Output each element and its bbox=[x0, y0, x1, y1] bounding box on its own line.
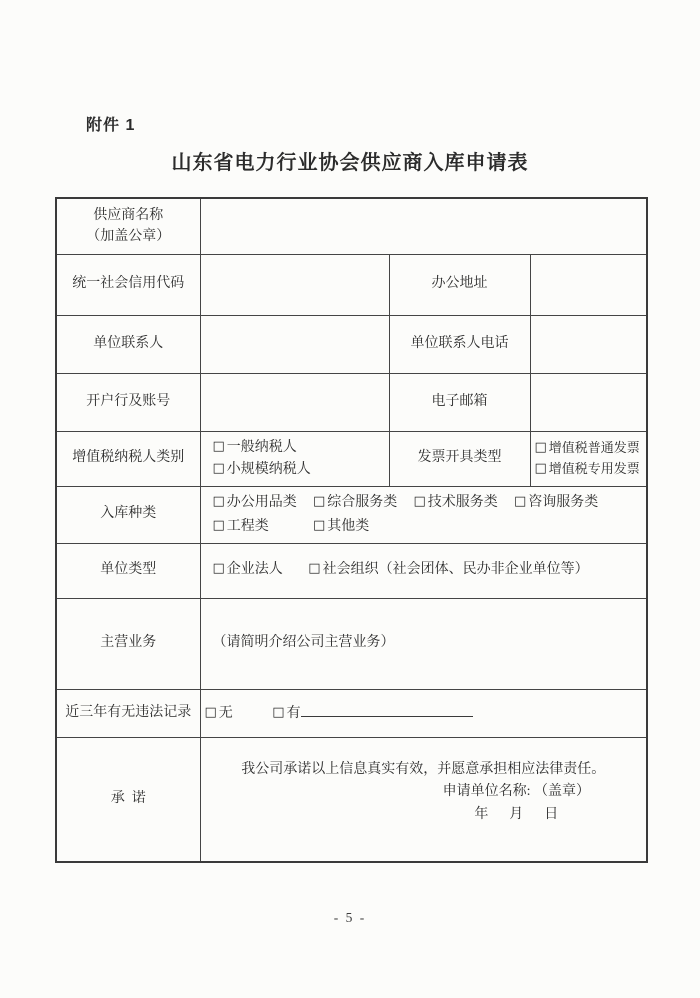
credit-code-input[interactable] bbox=[200, 254, 389, 315]
checkbox-option-vat-ordinary-invoice[interactable]: □增值税普通发票 bbox=[535, 438, 640, 459]
checkbox-option-violation-yes[interactable]: □有 bbox=[272, 702, 472, 724]
email-input[interactable] bbox=[530, 373, 647, 431]
supplier-name-label-line1: 供应商名称 bbox=[61, 205, 196, 226]
violation-record-options: □无 □有 bbox=[200, 689, 647, 737]
unit-type-label: 单位类型 bbox=[56, 543, 200, 598]
row-warehouse-category: 入库种类 □办公用品类 □综合服务类 □技术服务类 □咨询服务类 bbox=[56, 486, 647, 543]
row-credit-code: 统一社会信用代码 办公地址 bbox=[56, 254, 647, 315]
commitment-signer-label: 申请单位名称: （盖章） bbox=[443, 780, 590, 803]
supplier-name-label: 供应商名称 （加盖公章） bbox=[56, 198, 200, 254]
option-label: 一般纳税人 bbox=[227, 440, 297, 455]
supplier-application-form-table: 供应商名称 （加盖公章） 统一社会信用代码 办公地址 单位联系人 单位联系人电话… bbox=[55, 197, 648, 863]
checkbox-option-engineering[interactable]: □工程类 bbox=[213, 515, 310, 539]
checkbox-icon: □ bbox=[535, 438, 547, 458]
page-number: - 5 - bbox=[0, 910, 700, 926]
attachment-label: 附件 1 bbox=[86, 112, 135, 135]
checkbox-option-comprehensive-services[interactable]: □综合服务类 bbox=[313, 491, 410, 515]
checkbox-option-small-scale-taxpayer[interactable]: □小规模纳税人 bbox=[213, 459, 311, 480]
row-violation-record: 近三年有无违法记录 □无 □有 bbox=[56, 689, 647, 737]
option-label: 综合服务类 bbox=[327, 495, 397, 510]
warehouse-category-label: 入库种类 bbox=[56, 486, 200, 543]
checkbox-option-technical-services[interactable]: □技术服务类 bbox=[414, 491, 511, 515]
row-bank-account: 开户行及账号 电子邮箱 bbox=[56, 373, 647, 431]
option-label: 工程类 bbox=[227, 519, 269, 534]
violation-record-label: 近三年有无违法记录 bbox=[56, 689, 200, 737]
bank-account-label: 开户行及账号 bbox=[56, 373, 200, 431]
checkbox-icon: □ bbox=[213, 458, 225, 479]
checkbox-icon: □ bbox=[213, 560, 225, 579]
contact-phone-label: 单位联系人电话 bbox=[389, 315, 530, 373]
option-label: 技术服务类 bbox=[428, 495, 498, 510]
checkbox-option-consulting-services[interactable]: □咨询服务类 bbox=[514, 491, 598, 515]
option-label: 小规模纳税人 bbox=[227, 462, 311, 477]
checkbox-icon: □ bbox=[313, 490, 325, 514]
option-label: 社会组织（社会团体、民办非企业单位等） bbox=[323, 562, 589, 577]
checkbox-icon: □ bbox=[213, 490, 225, 514]
option-label: 无 bbox=[219, 706, 233, 721]
email-label: 电子邮箱 bbox=[389, 373, 530, 431]
invoice-type-label: 发票开具类型 bbox=[389, 431, 530, 486]
main-business-input[interactable]: （请简明介绍公司主营业务） bbox=[200, 598, 647, 689]
main-business-hint: （请简明介绍公司主营业务） bbox=[213, 635, 395, 650]
credit-code-label: 统一社会信用代码 bbox=[56, 254, 200, 315]
option-label: 其他类 bbox=[327, 519, 369, 534]
checkbox-option-social-organization[interactable]: □社会组织（社会团体、民办非企业单位等） bbox=[308, 560, 588, 580]
row-commitment: 承 诺 我公司承诺以上信息真实有效，并愿意承担相应法律责任。 申请单位名称: （… bbox=[56, 737, 647, 862]
checkbox-option-violation-no[interactable]: □无 bbox=[205, 704, 233, 724]
commitment-statement: 我公司承诺以上信息真实有效，并愿意承担相应法律责任。 bbox=[219, 760, 629, 780]
row-supplier-name: 供应商名称 （加盖公章） bbox=[56, 198, 647, 254]
office-address-label: 办公地址 bbox=[389, 254, 530, 315]
option-label: 增值税专用发票 bbox=[549, 461, 640, 476]
checkbox-icon: □ bbox=[272, 704, 284, 723]
option-label: 企业法人 bbox=[227, 562, 283, 577]
commitment-date-line: 年 月 日 bbox=[443, 803, 590, 826]
contact-phone-input[interactable] bbox=[530, 315, 647, 373]
unit-type-options: □企业法人 □社会组织（社会团体、民办非企业单位等） bbox=[200, 543, 647, 598]
commitment-label: 承 诺 bbox=[56, 737, 200, 862]
contact-person-label: 单位联系人 bbox=[56, 315, 200, 373]
checkbox-icon: □ bbox=[313, 514, 325, 538]
row-taxpayer-category: 增值税纳税人类别 □一般纳税人 □小规模纳税人 发票开具类型 □增值税普通发票 … bbox=[56, 431, 647, 486]
checkbox-option-other[interactable]: □其他类 bbox=[313, 515, 369, 539]
main-business-label: 主营业务 bbox=[56, 598, 200, 689]
checkbox-icon: □ bbox=[514, 490, 526, 514]
checkbox-option-enterprise-legal-person[interactable]: □企业法人 bbox=[213, 560, 283, 580]
commitment-content: 我公司承诺以上信息真实有效，并愿意承担相应法律责任。 申请单位名称: （盖章） … bbox=[200, 737, 647, 862]
invoice-type-options: □增值税普通发票 □增值税专用发票 bbox=[530, 431, 647, 486]
row-unit-type: 单位类型 □企业法人 □社会组织（社会团体、民办非企业单位等） bbox=[56, 543, 647, 598]
option-label: 有 bbox=[287, 706, 301, 721]
checkbox-icon: □ bbox=[213, 436, 225, 457]
violation-detail-fill-line[interactable] bbox=[301, 702, 473, 717]
checkbox-option-vat-special-invoice[interactable]: □增值税专用发票 bbox=[535, 459, 640, 480]
option-label: 增值税普通发票 bbox=[549, 440, 640, 455]
office-address-input[interactable] bbox=[530, 254, 647, 315]
checkbox-icon: □ bbox=[213, 514, 225, 538]
checkbox-option-office-supplies[interactable]: □办公用品类 bbox=[213, 491, 310, 515]
row-main-business: 主营业务 （请简明介绍公司主营业务） bbox=[56, 598, 647, 689]
supplier-name-label-line2: （加盖公章） bbox=[61, 226, 196, 247]
taxpayer-category-options: □一般纳税人 □小规模纳税人 bbox=[200, 431, 389, 486]
page-title: 山东省电力行业协会供应商入库申请表 bbox=[0, 146, 700, 175]
bank-account-input[interactable] bbox=[200, 373, 389, 431]
checkbox-icon: □ bbox=[205, 704, 217, 723]
contact-person-input[interactable] bbox=[200, 315, 389, 373]
warehouse-category-options: □办公用品类 □综合服务类 □技术服务类 □咨询服务类 □工程类 bbox=[200, 486, 647, 543]
option-label: 办公用品类 bbox=[227, 495, 297, 510]
supplier-name-input[interactable] bbox=[200, 198, 647, 254]
row-contact-person: 单位联系人 单位联系人电话 bbox=[56, 315, 647, 373]
option-label: 咨询服务类 bbox=[528, 495, 598, 510]
checkbox-option-general-taxpayer[interactable]: □一般纳税人 bbox=[213, 437, 297, 458]
checkbox-icon: □ bbox=[308, 560, 320, 579]
checkbox-icon: □ bbox=[535, 459, 547, 479]
taxpayer-category-label: 增值税纳税人类别 bbox=[56, 431, 200, 486]
checkbox-icon: □ bbox=[414, 490, 426, 514]
